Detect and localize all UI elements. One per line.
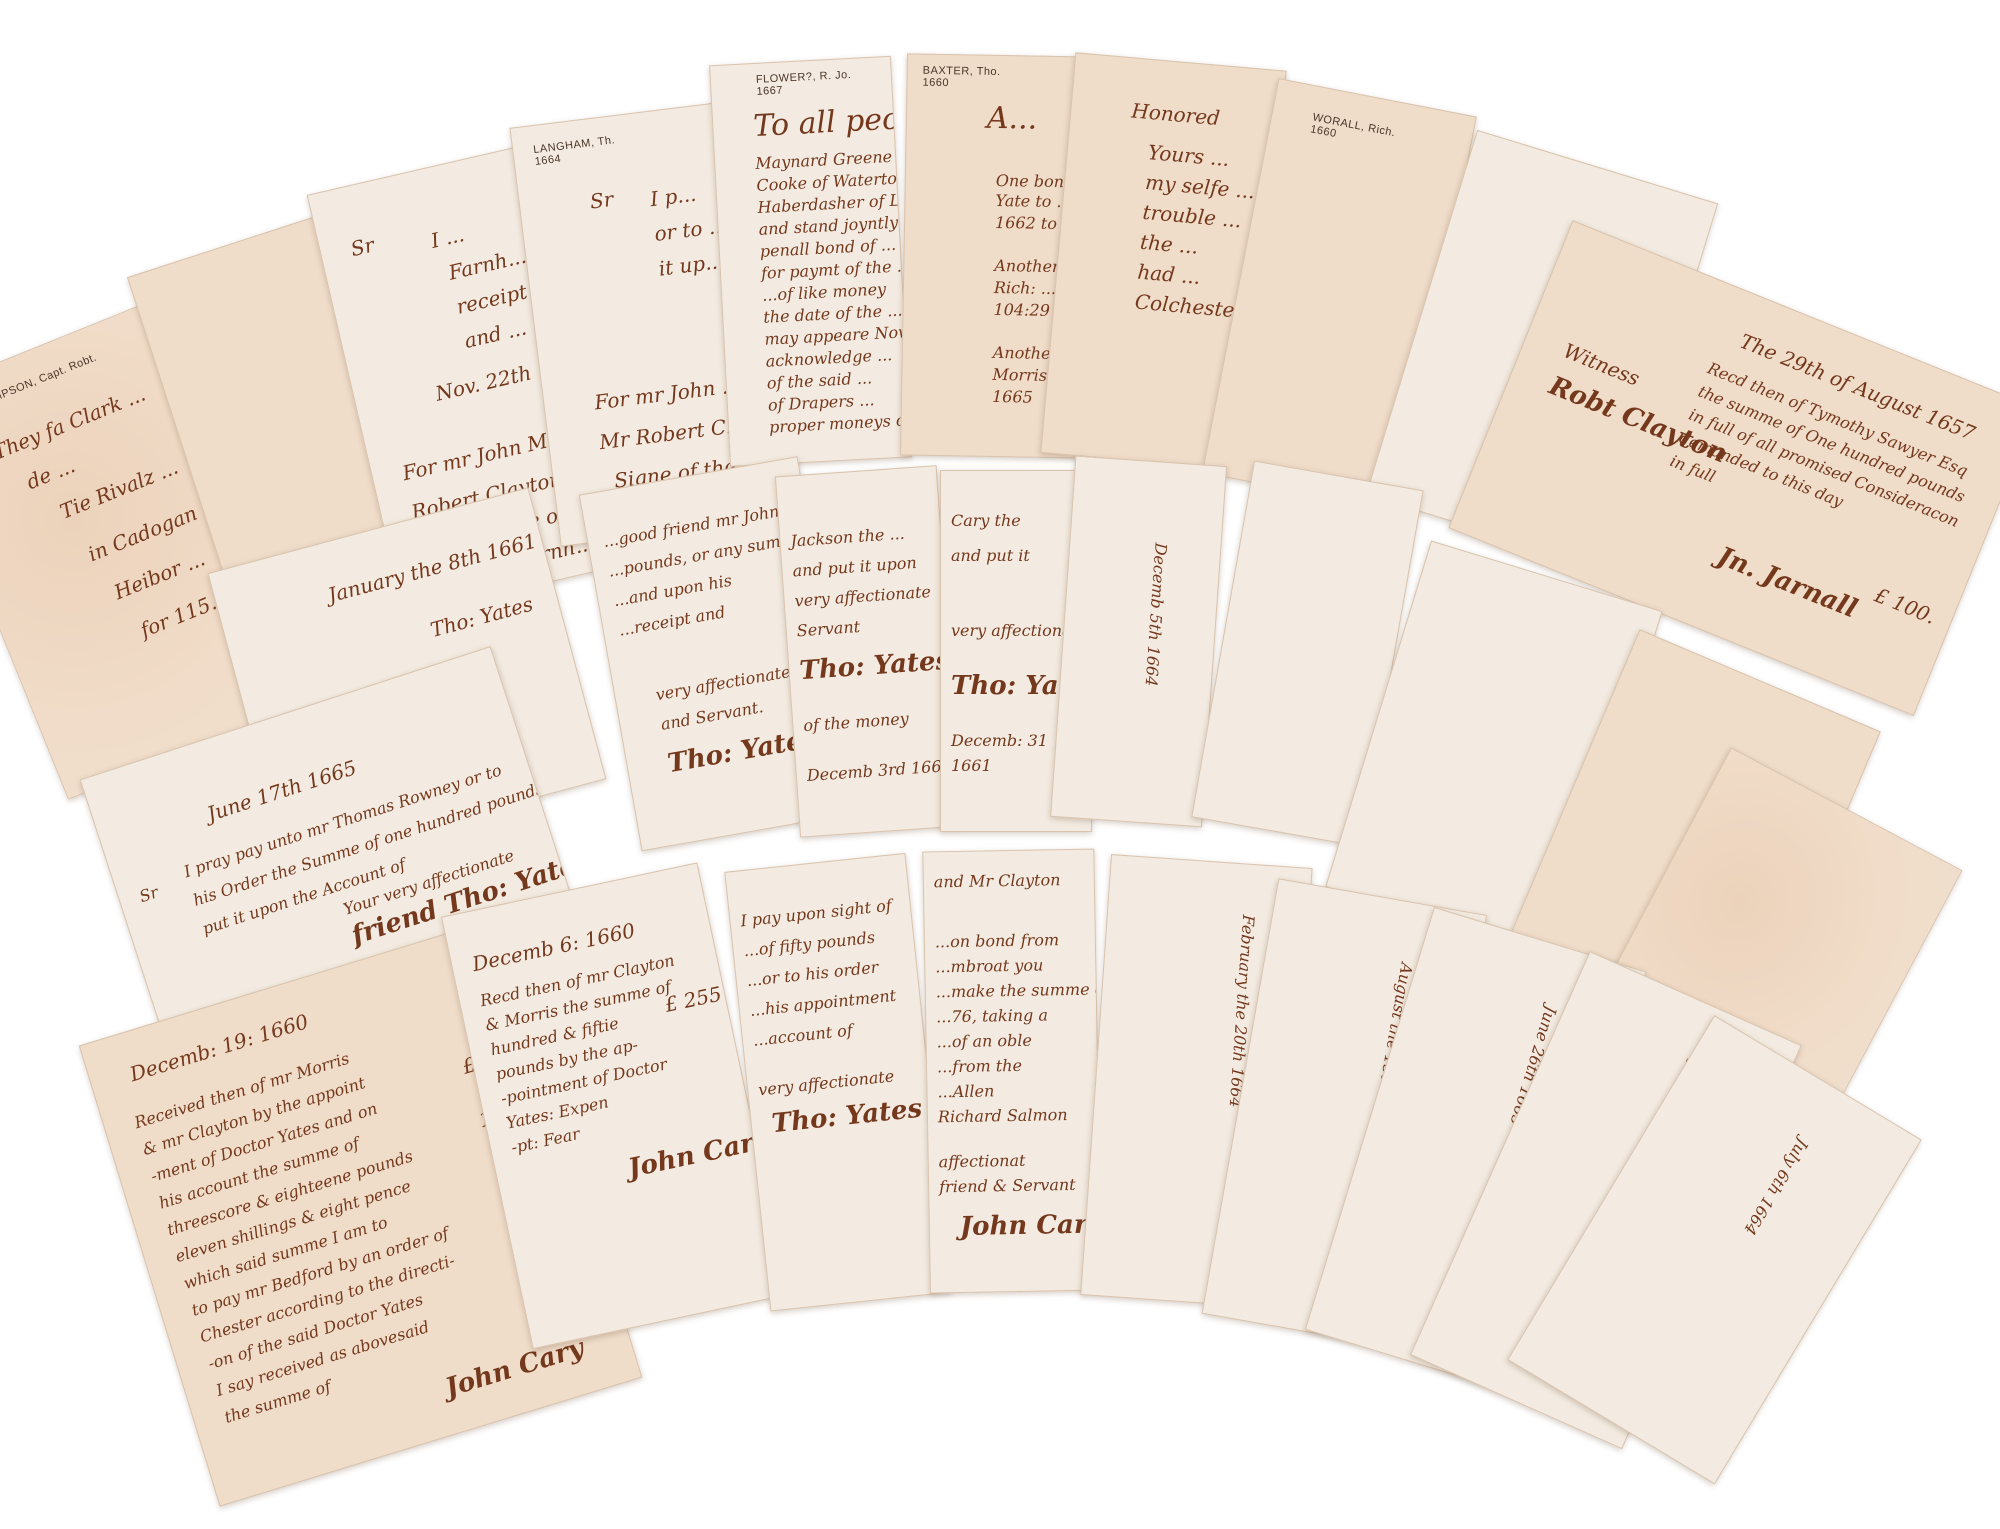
signature: Tho: Yates bbox=[770, 1094, 923, 1140]
document-collection-photo: THOMPSON, Capt. Robt. 1660 They fa Clark… bbox=[0, 0, 2000, 1529]
document-jackson: Jackson the ... and put it upon very aff… bbox=[775, 465, 962, 837]
docket-label: BAXTER, Tho. 1660 bbox=[922, 65, 1000, 91]
handwriting-line: de ... bbox=[23, 453, 78, 494]
signature: John Cary bbox=[625, 1125, 771, 1184]
signature: Tho: Yates bbox=[799, 646, 952, 686]
amount: £ 100. bbox=[1871, 583, 1939, 629]
docket-label: WORALL, Rich. 1660 bbox=[1309, 111, 1396, 151]
docket-label: FLOWER?, R. Jo. 1667 bbox=[756, 69, 853, 98]
document-to-all-people: FLOWER?, R. Jo. 1667 To all people Mayna… bbox=[709, 56, 912, 467]
document-heading: To all people bbox=[752, 99, 911, 144]
signature: Jn. Jarnall bbox=[1713, 541, 1861, 624]
docket-label: LANGHAM, Th. 1664 bbox=[533, 134, 618, 168]
amount: £ 255 bbox=[663, 982, 724, 1017]
signature: John Cary bbox=[960, 1209, 1102, 1241]
signature: John Cary bbox=[442, 1333, 587, 1403]
document-clayton-bond: and Mr Clayton ...on bond from ...mbroat… bbox=[922, 849, 1102, 1294]
handwriting-line: Heibor ... bbox=[111, 546, 209, 604]
